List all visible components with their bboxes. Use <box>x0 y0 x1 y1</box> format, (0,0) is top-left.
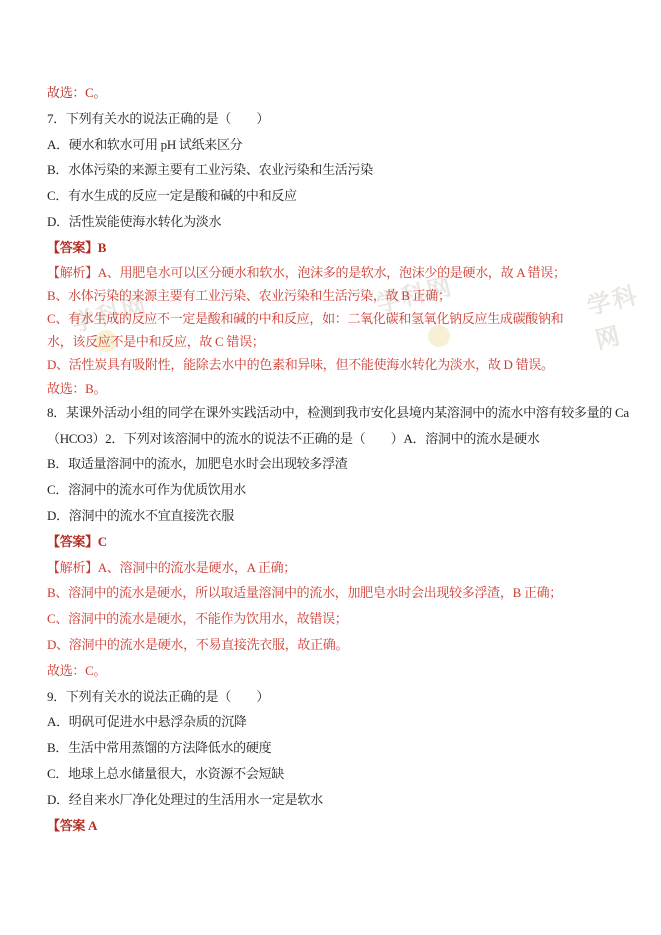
question-7-analysis-line-c2: 水，该反应不是中和反应，故 C 错误； <box>47 330 637 353</box>
previous-question-conclusion: 故选：C。 <box>47 80 637 106</box>
question-9-stem: 9．下列有关水的说法正确的是（ ） <box>47 684 637 710</box>
question-7-analysis-line-d: D、活性炭具有吸附性，能除去水中的色素和异味，但不能使海水转化为淡水，故 D 错… <box>47 353 637 376</box>
question-8-conclusion: 故选：C。 <box>47 658 637 684</box>
question-7-stem: 7．下列有关水的说法正确的是（ ） <box>47 106 637 132</box>
question-7-option-b: B．水体污染的来源主要有工业污染、农业污染和生活污染 <box>47 157 637 183</box>
question-9-option-b: B．生活中常用蒸馏的方法降低水的硬度 <box>47 735 637 761</box>
question-9-answer: 【答案 A <box>47 813 637 839</box>
question-7-option-d: D．活性炭能使海水转化为淡水 <box>47 209 637 235</box>
question-8-analysis-line-d: D、溶洞中的流水是硬水，不易直接洗衣服，故正确。 <box>47 632 637 658</box>
question-8-analysis-line-a: 【解析】A、溶洞中的流水是硬水，A 正确； <box>47 555 637 581</box>
document-content: 故选：C。 7．下列有关水的说法正确的是（ ） A．硬水和软水可用 pH 试纸来… <box>47 80 637 838</box>
question-8-analysis-line-b: B、溶洞中的流水是硬水，所以取适量溶洞中的流水，加肥皂水时会出现较多浮渣，B 正… <box>47 580 637 606</box>
question-7-analysis-line-a: 【解析】A、用肥皂水可以区分硬水和软水，泡沫多的是软水，泡沫少的是硬水，故 A … <box>47 261 637 284</box>
question-8-answer: 【答案】C <box>47 529 637 555</box>
question-7-option-c: C．有水生成的反应一定是酸和碱的中和反应 <box>47 183 637 209</box>
question-7-analysis: 【解析】A、用肥皂水可以区分硬水和软水，泡沫多的是软水，泡沫少的是硬水，故 A … <box>47 261 637 400</box>
question-7-answer: 【答案】B <box>47 235 637 261</box>
question-8-option-b: B．取适量溶洞中的流水，加肥皂水时会出现较多浮渣 <box>47 451 637 477</box>
question-7-conclusion: 故选：B。 <box>47 377 637 400</box>
exam-answer-document-page: 学科网 学科网 学科网 故选：C。 7．下列有关水的说法正确的是（ ） A．硬水… <box>0 0 661 935</box>
question-9-option-c: C．地球上总水储量很大，水资源不会短缺 <box>47 761 637 787</box>
question-9-option-a: A．明矾可促进水中悬浮杂质的沉降 <box>47 709 637 735</box>
question-7-option-a: A．硬水和软水可用 pH 试纸来区分 <box>47 132 637 158</box>
question-8-option-d: D．溶洞中的流水不宜直接洗衣服 <box>47 503 637 529</box>
question-8-stem-line-1: 8．某课外活动小组的同学在课外实践活动中，检测到我市安化县境内某溶洞中的流水中溶… <box>47 400 637 426</box>
question-7-analysis-line-b: B、水体污染的来源主要有工业污染、农业污染和生活污染，故 B 正确； <box>47 284 637 307</box>
question-8-analysis-line-c: C、溶洞中的流水是硬水，不能作为饮用水，故错误； <box>47 606 637 632</box>
question-8-stem-line-2: （HCO3）2．下列对该溶洞中的流水的说法不正确的是（ ）A．溶洞中的流水是硬水 <box>47 426 637 452</box>
question-9-option-d: D．经自来水厂净化处理过的生活用水一定是软水 <box>47 787 637 813</box>
question-8-option-c: C．溶洞中的流水可作为优质饮用水 <box>47 477 637 503</box>
question-7-analysis-line-c: C、有水生成的反应不一定是酸和碱的中和反应，如：二氧化碳和氢氧化钠反应生成碳酸钠… <box>47 307 637 330</box>
